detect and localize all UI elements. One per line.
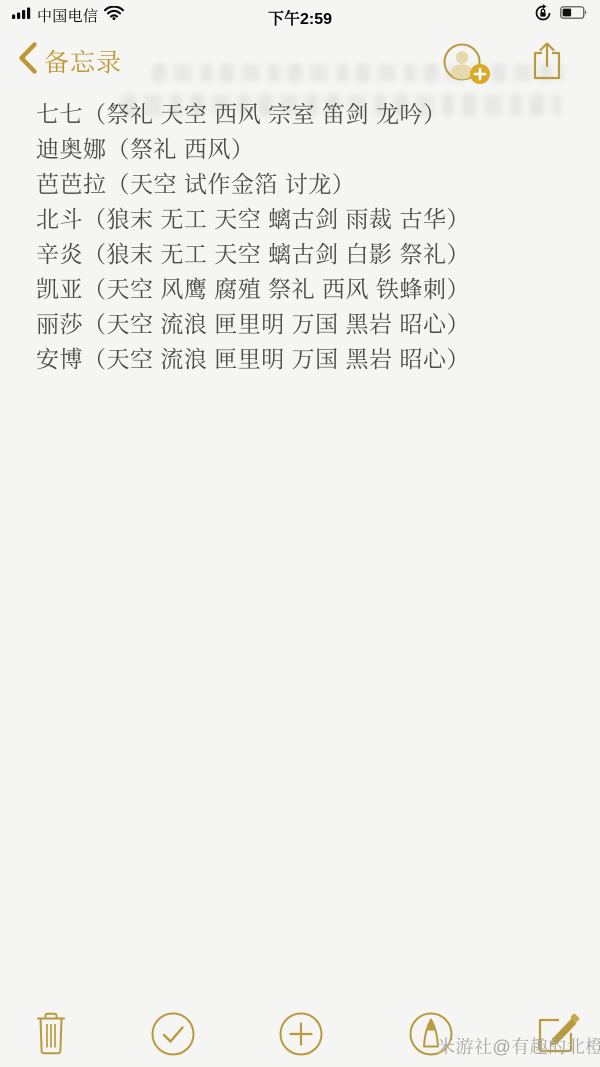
add-people-button[interactable] [443,43,493,85]
trash-icon [33,1011,69,1062]
add-attachment-button[interactable] [277,1012,325,1060]
ghost-text-band [152,64,564,82]
share-button[interactable] [531,41,563,81]
compose-button[interactable] [534,1012,582,1060]
bottom-toolbar [0,1005,600,1067]
orientation-lock-icon [534,4,552,27]
back-button-label: 备忘录 [44,43,122,79]
back-button[interactable]: 备忘录 [18,42,122,79]
note-line: 安博（天空 流浪 匣里明 万国 黑岩 昭心） [36,342,586,377]
signal-bars-icon [12,6,31,24]
note-line: 芭芭拉（天空 试作金箔 讨龙） [36,167,586,202]
status-bar: 中国电信 下午2:59 [0,0,600,30]
note-line: 迪奥娜（祭礼 西风） [36,132,586,167]
compose-icon [533,1010,583,1063]
note-line: 北斗（狼末 无工 天空 螭古剑 雨裁 古华） [36,202,586,237]
share-icon [531,68,563,85]
note-line: 七七（祭礼 天空 西风 宗室 笛剑 龙吟） [36,97,586,132]
checklist-button[interactable] [149,1012,197,1060]
carrier-label: 中国电信 [37,5,98,26]
clock-label: 下午2:59 [268,6,332,29]
markup-button[interactable] [407,1012,455,1060]
markup-pen-icon [408,1011,454,1062]
wifi-icon [104,6,124,25]
note-editor[interactable]: 七七（祭礼 天空 西风 宗室 笛剑 龙吟） 迪奥娜（祭礼 西风） 芭芭拉（天空 … [36,97,586,377]
note-line: 辛炎（狼末 无工 天空 螭古剑 白影 祭礼） [36,237,586,272]
delete-note-button[interactable] [27,1012,75,1060]
add-people-icon [443,72,493,89]
note-line: 丽莎（天空 流浪 匣里明 万国 黑岩 昭心） [36,307,586,342]
battery-icon [560,6,588,24]
note-line: 凯亚（天空 风鹰 腐殖 祭礼 西风 铁蜂刺） [36,272,586,307]
add-circle-icon [278,1011,324,1062]
nav-bar: 备忘录 [0,30,600,94]
check-circle-icon [150,1011,196,1062]
status-left-group: 中国电信 [12,0,124,30]
status-right-group [534,0,588,30]
chevron-left-icon [18,42,37,79]
